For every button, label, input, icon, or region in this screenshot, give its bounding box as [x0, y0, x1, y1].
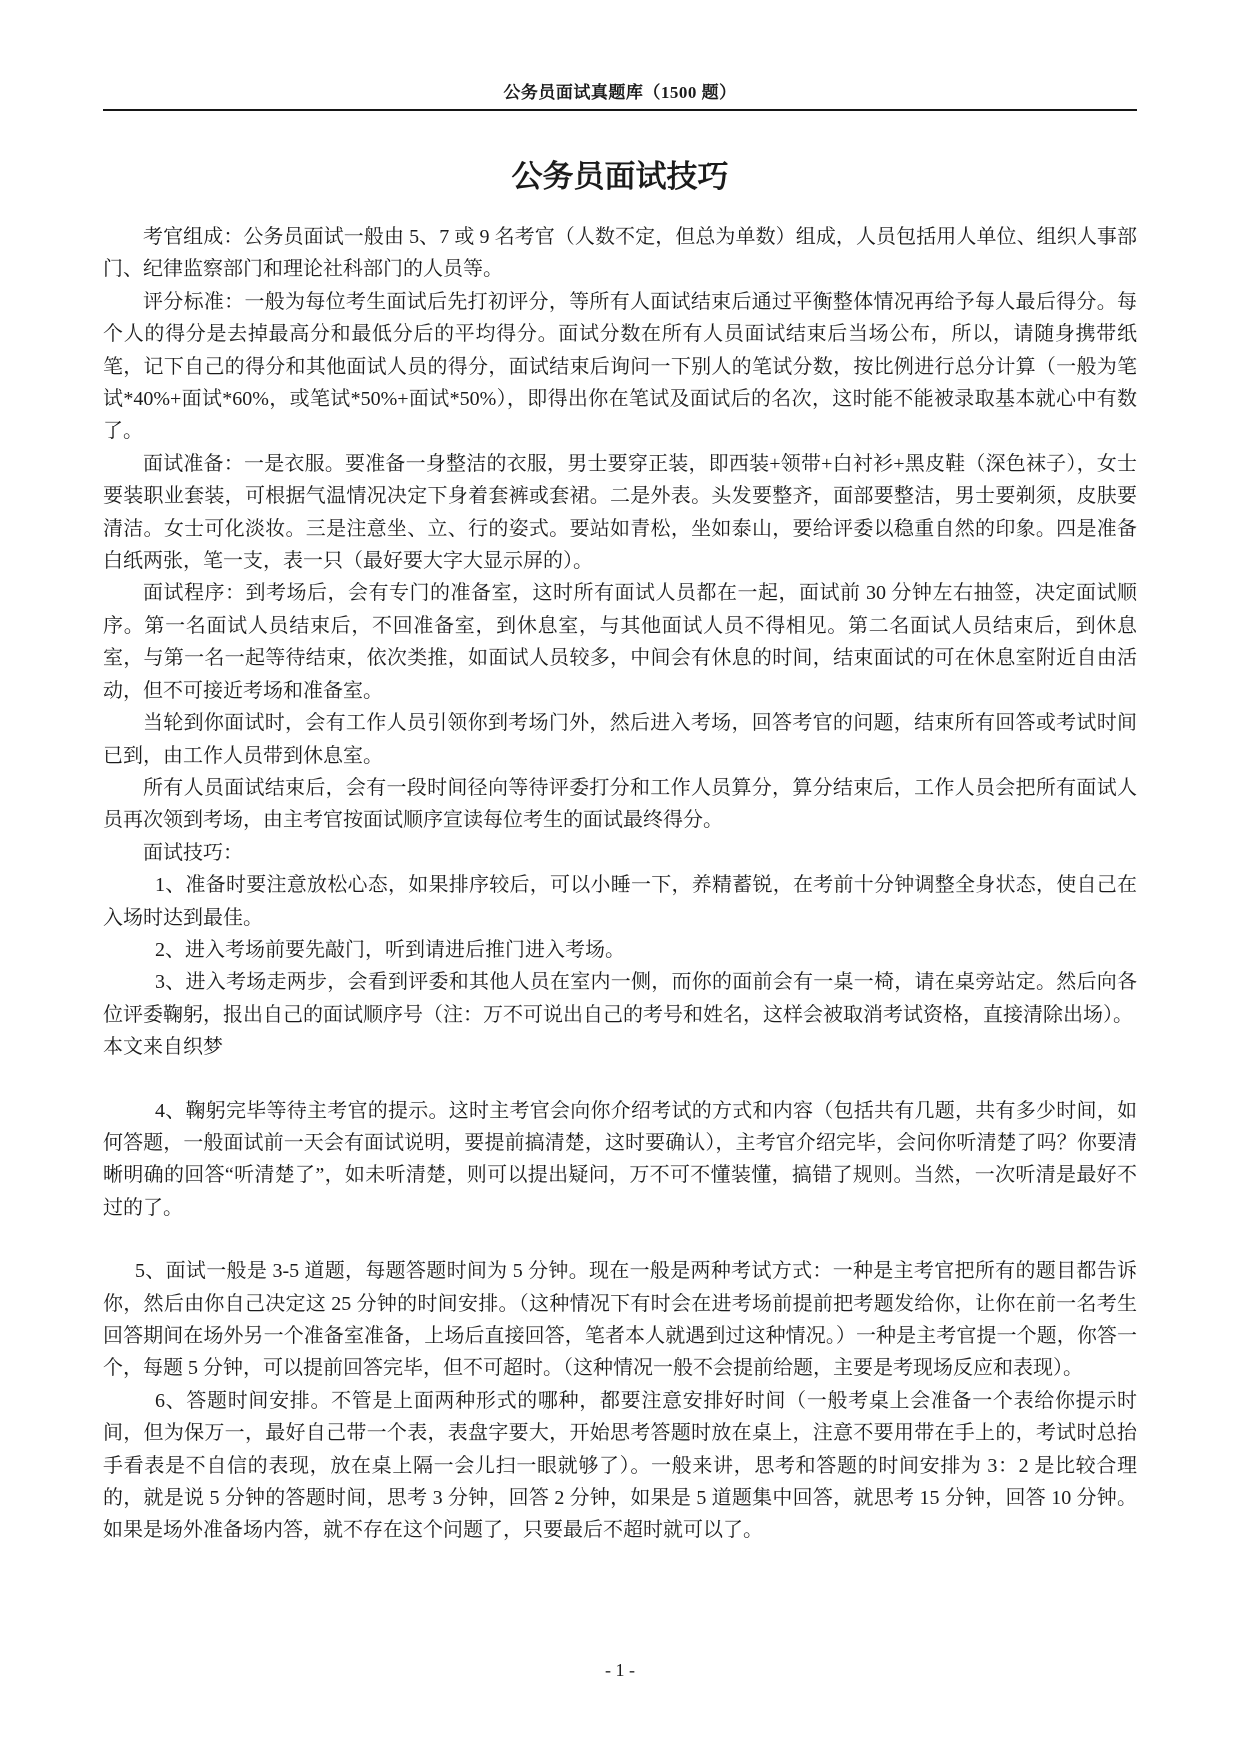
header-booklet-title: 公务员面试真题库（1500 题）	[103, 82, 1137, 103]
paragraph-tip-3: 3、进入考场走两步，会看到评委和其他人员在室内一侧，而你的面前会有一桌一椅，请在…	[103, 966, 1137, 1031]
paragraph-tip-1: 1、准备时要注意放松心态，如果排序较后，可以小睡一下，养精蓄锐，在考前十分钟调整…	[103, 869, 1137, 934]
paragraph-scoring-standard: 评分标准：一般为每位考生面试后先打初评分，等所有人面试结束后通过平衡整体情况再给…	[103, 286, 1137, 448]
page-number: - 1 -	[605, 1660, 635, 1680]
document-body: 考官组成：公务员面试一般由 5、7 或 9 名考官（人数不定，但总为单数）组成，…	[103, 221, 1137, 1547]
page-footer: - 1 -	[0, 1659, 1240, 1681]
paragraph-tip-2: 2、进入考场前要先敲门，听到请进后推门进入考场。	[103, 934, 1137, 966]
document-page: 公务员面试真题库（1500 题） 公务员面试技巧 考官组成：公务员面试一般由 5…	[0, 0, 1240, 1755]
paragraph-tips-heading: 面试技巧：	[103, 837, 1137, 869]
paragraph-tip-4: 4、鞠躬完毕等待主考官的提示。这时主考官会向你介绍考试的方式和内容（包括共有几题…	[103, 1095, 1137, 1225]
page-header: 公务员面试真题库（1500 题）	[103, 82, 1137, 111]
paragraph-tip-6: 6、答题时间安排。不管是上面两种形式的哪种，都要注意安排好时间（一般考桌上会准备…	[103, 1385, 1137, 1547]
page-title: 公务员面试技巧	[103, 157, 1137, 197]
paragraph-interview-procedure: 面试程序：到考场后，会有专门的准备室，这时所有面试人员都在一起，面试前 30 分…	[103, 577, 1137, 707]
header-divider	[103, 109, 1137, 111]
paragraph-tip-5: 5、面试一般是 3-5 道题，每题答题时间为 5 分钟。现在一般是两种考试方式：…	[103, 1255, 1137, 1385]
paragraph-interview-preparation: 面试准备：一是衣服。要准备一身整洁的衣服，男士要穿正装，即西装+领带+白衬衫+黑…	[103, 448, 1137, 578]
paragraph-your-turn: 当轮到你面试时，会有工作人员引领你到考场门外，然后进入考场，回答考官的问题，结束…	[103, 707, 1137, 772]
paragraph-examiner-composition: 考官组成：公务员面试一般由 5、7 或 9 名考官（人数不定，但总为单数）组成，…	[103, 221, 1137, 286]
paragraph-score-announcement: 所有人员面试结束后，会有一段时间径向等待评委打分和工作人员算分，算分结束后，工作…	[103, 772, 1137, 837]
paragraph-source-note: 本文来自织梦	[103, 1031, 1137, 1063]
